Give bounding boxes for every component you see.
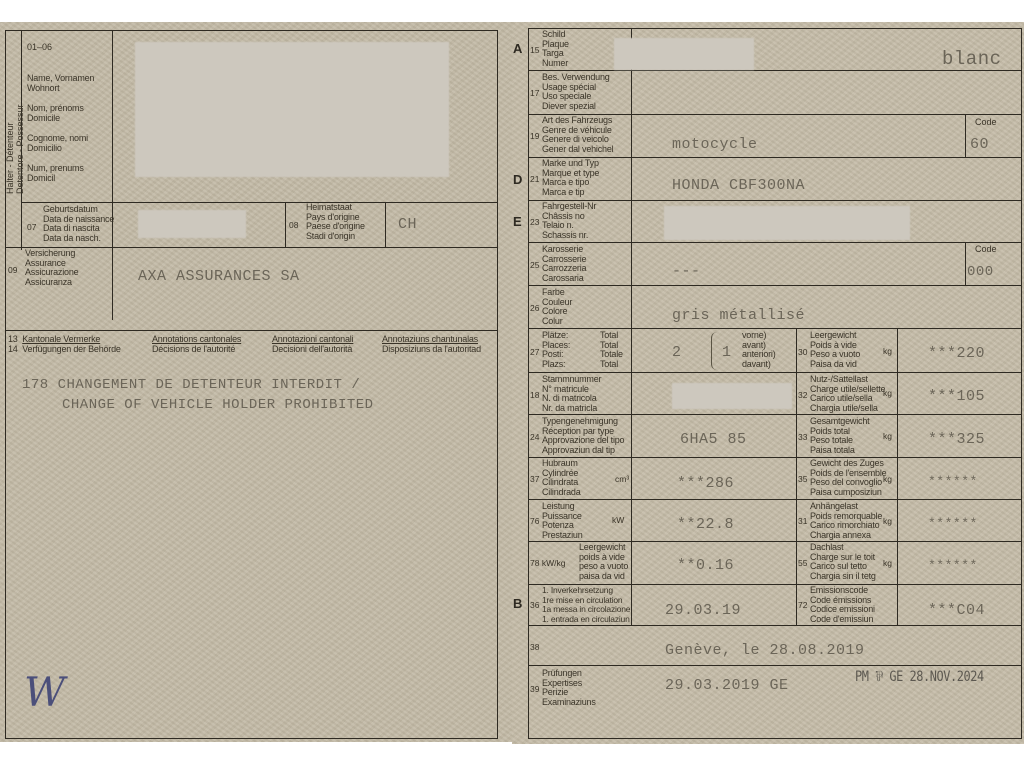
field-18-labels: StammnummerN° matriculeN. di matricolaNr… xyxy=(542,375,601,413)
field-26-number: 26 xyxy=(530,303,539,313)
plate-redacted xyxy=(614,38,754,70)
section-letter-a: A xyxy=(513,41,522,56)
field-32-unit: kg xyxy=(883,388,892,398)
annotation-line-2: CHANGE OF VEHICLE HOLDER PROHIBITED xyxy=(62,397,374,413)
power-value: **22.8 xyxy=(677,516,734,533)
origin-country-value: CH xyxy=(398,216,417,233)
field-07-labels: Geburtsdatum Data de naissance Data di n… xyxy=(43,205,114,243)
empty-weight-value: ***220 xyxy=(928,345,985,362)
handwritten-mark: W xyxy=(24,670,65,716)
displacement-value: ***286 xyxy=(677,475,734,492)
divider xyxy=(5,247,498,248)
field-23-number: 23 xyxy=(530,217,539,227)
field-36-labels: 1. Inverkehrsetzung1re mise en circulati… xyxy=(542,586,630,624)
inspection-stamp: PM ⅌ GE 28.NOV.2024 xyxy=(855,667,984,686)
roof-load-value: ****** xyxy=(928,558,978,573)
field-55-labels: DachlastCharge sur le toitCarico sul tet… xyxy=(810,543,876,581)
field-09-number: 09 xyxy=(8,265,17,275)
field-38-number: 38 xyxy=(530,642,539,652)
field-01-06-labels-it: Cognome, nomi Domicilio xyxy=(27,134,88,153)
field-08-labels: Heimatstaat Pays d'origine Paese d'origi… xyxy=(306,203,365,241)
color-value: gris métallisé xyxy=(672,307,805,324)
field-33-unit: kg xyxy=(883,431,892,441)
field-30-unit: kg xyxy=(883,346,892,356)
field-78-number: 78 kW/kg xyxy=(530,558,565,568)
field-35-labels: Gewicht des ZugesPoids de l'ensemblePeso… xyxy=(810,459,886,497)
seats-front-value: 1 xyxy=(722,344,732,361)
seats-total-value: 2 xyxy=(672,344,682,361)
holder-section-label: Halter - Détenteur Detentore - Possessur xyxy=(5,104,25,194)
code-header: Code xyxy=(975,117,997,127)
field-21-labels: Marke und TypMarque et typeMarca e tipoM… xyxy=(542,159,599,197)
power-to-weight-value: **0.16 xyxy=(677,557,734,574)
chassis-redacted xyxy=(664,206,910,240)
field-01-06-labels: Name, Vornamen Wohnort xyxy=(27,74,94,104)
field-78-labels: Leergewichtpoids à videpeso a vuotopaisa… xyxy=(579,543,628,581)
matricule-redacted xyxy=(672,383,792,409)
field-01-06-number: 01–06 xyxy=(27,42,52,52)
field-19-number: 19 xyxy=(530,131,539,141)
field-37-unit: cm³ xyxy=(615,474,629,484)
holder-name-redacted xyxy=(135,42,449,177)
brace xyxy=(711,332,718,370)
field-30-labels: LeergewichtPoids à videPeso a vuotoPaisa… xyxy=(810,331,860,369)
field-37-number: 37 xyxy=(530,474,539,484)
field-17-labels: Bes. VerwendungUsage spécialUso speciale… xyxy=(542,73,610,111)
field-72-labels: EmissionscodeCode émissionsCodice emissi… xyxy=(810,586,875,624)
section-letter-b: B xyxy=(513,596,522,611)
body-code: 000 xyxy=(967,264,994,280)
code-header: Code xyxy=(975,244,997,254)
field-31-number: 31 xyxy=(798,516,807,526)
field-55-number: 55 xyxy=(798,558,807,568)
field-37-labels: HubraumCylindréeCilindrataCilindrada xyxy=(542,459,581,497)
field-18-number: 18 xyxy=(530,390,539,400)
first-registration-value: 29.03.19 xyxy=(665,602,741,619)
issue-place-date-value: Genève, le 28.08.2019 xyxy=(665,642,865,659)
field-33-labels: GesamtgewichtPoids totalPeso totalePaisa… xyxy=(810,417,869,455)
field-30-number: 30 xyxy=(798,347,807,357)
field-27-labels: Plätze:Places:Posti:Plazs: xyxy=(542,331,570,369)
field-33-number: 33 xyxy=(798,432,807,442)
vehicle-type-code: 60 xyxy=(970,136,989,153)
field-01-06-labels-fr: Nom, prénoms Domicile xyxy=(27,104,84,123)
field-14-row: 14 Verfügungen der Behörde xyxy=(8,345,121,355)
field-23-labels: Fahrgestell-NrChâssis noTelaio n.Schassi… xyxy=(542,202,596,240)
inspection-date-value: 29.03.2019 GE xyxy=(665,677,789,694)
make-model-value: HONDA CBF300NA xyxy=(672,177,805,194)
field-07-number: 07 xyxy=(27,222,36,232)
field-35-unit: kg xyxy=(883,474,892,484)
field-39-labels: PrüfungenExpertisesPerizieExaminaziuns xyxy=(542,669,596,707)
field-39-number: 39 xyxy=(530,684,539,694)
field-72-number: 72 xyxy=(798,600,807,610)
divider xyxy=(112,30,113,320)
right-page: A 15 SchildPlaqueTargaNumer blanc 17 Bes… xyxy=(512,22,1024,744)
annotation-line-1: 178 CHANGEMENT DE DETENTEUR INTERDIT / xyxy=(22,377,360,393)
field-32-labels: Nutz-/SattellastCharge utile/selletteCar… xyxy=(810,375,885,413)
field-17-number: 17 xyxy=(530,88,539,98)
field-21-number: 21 xyxy=(530,174,539,184)
field-09-labels: Versicherung Assurance Assicurazione Ass… xyxy=(25,249,78,287)
field-55-unit: kg xyxy=(883,558,892,568)
type-approval-value: 6HA5 85 xyxy=(680,431,747,448)
field-32-number: 32 xyxy=(798,390,807,400)
total-weight-value: ***325 xyxy=(928,431,985,448)
insurance-value: AXA ASSURANCES SA xyxy=(138,268,300,285)
divider xyxy=(5,330,498,331)
vehicle-type-value: motocycle xyxy=(672,136,758,153)
field-14-label-it: Decisioni dell'autorità xyxy=(272,345,352,355)
divider xyxy=(385,202,386,247)
divider xyxy=(631,28,632,625)
field-15-number: 15 xyxy=(530,45,539,55)
field-01-06-labels-rm: Num, prenums Domicil xyxy=(27,164,84,183)
field-76-unit: kW xyxy=(612,515,624,525)
field-27-front-labels: vorne)avant)anteriori)davant) xyxy=(742,331,776,369)
plate-color-value: blanc xyxy=(942,48,1002,70)
section-letter-e: E xyxy=(513,214,522,229)
field-76-number: 76 xyxy=(530,516,539,526)
field-25-labels: KarosserieCarrosserieCarrozzeriaCarossar… xyxy=(542,245,586,283)
field-14-label-rm: Disposiziuns da l'autoritad xyxy=(382,345,481,355)
emission-code-value: ***C04 xyxy=(928,602,985,619)
field-15-labels: SchildPlaqueTargaNumer xyxy=(542,30,569,68)
field-24-labels: TypengenehmigungRéception par typeApprov… xyxy=(542,417,624,455)
body-value: --- xyxy=(672,263,701,280)
towing-load-value: ****** xyxy=(928,516,978,531)
field-31-unit: kg xyxy=(883,516,892,526)
field-14-label-fr: Décisions de l'autorité xyxy=(152,345,235,355)
divider xyxy=(21,202,498,203)
train-weight-value: ****** xyxy=(928,474,978,489)
field-27-total-labels: TotalTotalTotaleTotal xyxy=(600,331,623,369)
field-26-labels: FarbeCouleurColoreColur xyxy=(542,288,572,326)
field-36-number: 36 xyxy=(530,600,539,610)
left-page: Halter - Détenteur Detentore - Possessur… xyxy=(0,22,512,742)
section-letter-d: D xyxy=(513,172,522,187)
field-27-number: 27 xyxy=(530,347,539,357)
payload-value: ***105 xyxy=(928,388,985,405)
field-35-number: 35 xyxy=(798,474,807,484)
field-25-number: 25 xyxy=(530,260,539,270)
field-19-labels: Art des FahrzeugsGenre de véhiculeGenere… xyxy=(542,116,613,154)
field-76-labels: LeistungPuissancePotenzaPrestaziun xyxy=(542,502,583,540)
birth-date-redacted xyxy=(138,210,246,238)
field-08-number: 08 xyxy=(289,220,298,230)
field-31-labels: AnhängelastPoids remorquableCarico rimor… xyxy=(810,502,882,540)
divider xyxy=(285,202,286,247)
field-24-number: 24 xyxy=(530,432,539,442)
